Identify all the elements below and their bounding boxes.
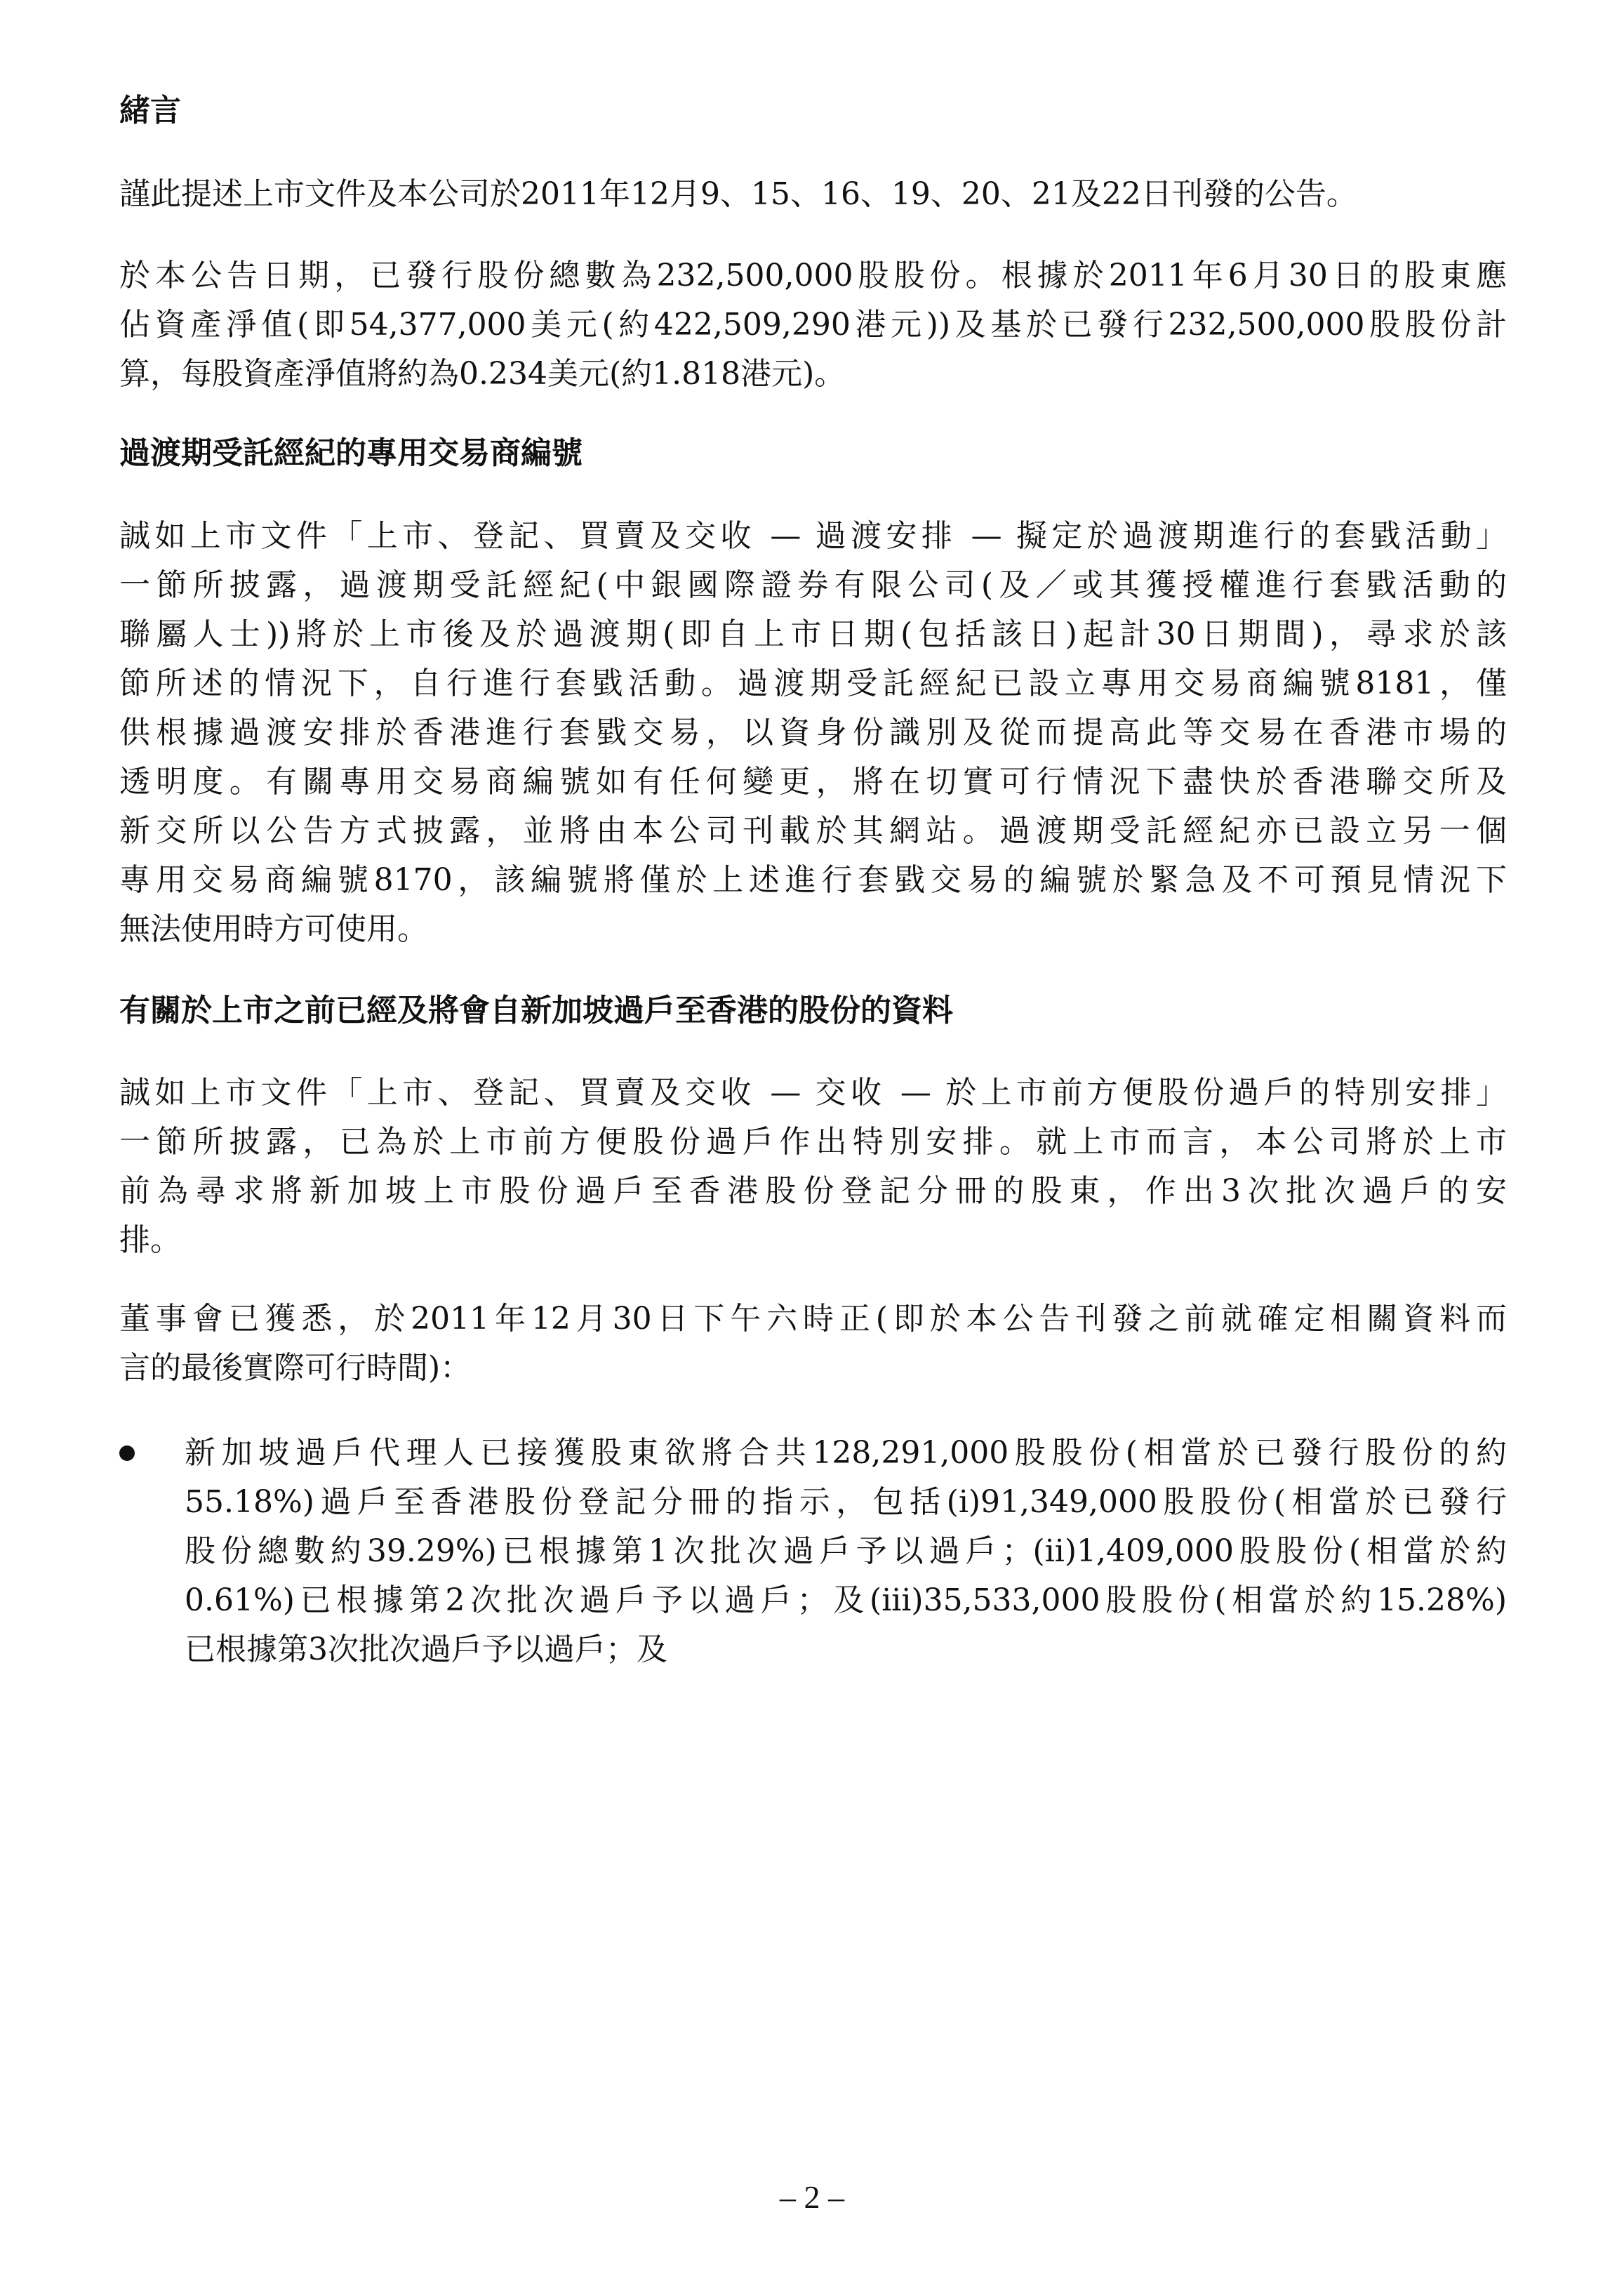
paragraph-line: 佔資產淨值(即54,377,000美元(約422,509,290港元))及基於已… bbox=[119, 300, 1507, 350]
paragraph-line: 專用交易商編號8170，該編號將僅於上述進行套戥交易的編號於緊急及不可預見情況下 bbox=[119, 856, 1507, 905]
paragraph-line: 節所述的情況下，自行進行套戥活動。過渡期受託經紀已設立專用交易商編號8181，僅 bbox=[119, 659, 1507, 708]
section-heading-share-transfer: 有關於上市之前已經及將會自新加坡過戶至香港的股份的資料 bbox=[119, 986, 1507, 1035]
list-line: 新加坡過戶代理人已接獲股東欲將合共128,291,000股股份(相當於已發行股份… bbox=[185, 1429, 1507, 1478]
paragraph-line: 一節所披露，過渡期受託經紀(中銀國際證券有限公司(及／或其獲授權進行套戥活動的 bbox=[119, 561, 1507, 610]
paragraph-net-asset-value: 於本公告日期，已發行股份總數為232,500,000股股份。根據於2011年6月… bbox=[119, 251, 1507, 399]
paragraph-intro-reference: 謹此提述上市文件及本公司於2011年12月9、15、16、19、20、21及22… bbox=[119, 170, 1507, 219]
paragraph-line: 透明度。有關專用交易商編號如有任何變更，將在切實可行情況下盡快於香港聯交所及 bbox=[119, 757, 1507, 807]
list-line: 已根據第3次批次過戶予以過戶；及 bbox=[185, 1625, 1507, 1674]
heading-text: 有關於上市之前已經及將會自新加坡過戶至香港的股份的資料 bbox=[119, 986, 1507, 1035]
paragraph-line: 於本公告日期，已發行股份總數為232,500,000股股份。根據於2011年6月… bbox=[119, 251, 1507, 300]
paragraph-line: 排。 bbox=[119, 1216, 1507, 1265]
paragraph-line: 董事會已獲悉，於2011年12月30日下午六時正(即於本公告刊發之前就確定相關資… bbox=[119, 1295, 1507, 1344]
paragraph-line: 聯屬人士))將於上市後及於過渡期(即自上市日期(包括該日)起計30日期間)，尋求… bbox=[119, 610, 1507, 659]
paragraph-line: 供根據過渡安排於香港進行套戥交易，以資身份識別及從而提高此等交易在香港市場的 bbox=[119, 708, 1507, 757]
paragraph-line: 謹此提述上市文件及本公司於2011年12月9、15、16、19、20、21及22… bbox=[119, 170, 1507, 219]
list-line: 0.61%)已根據第2次批次過戶予以過戶；及(iii)35,533,000股股份… bbox=[185, 1576, 1507, 1625]
list-line: 股份總數約39.29%)已根據第1次批次過戶予以過戶；(ii)1,409,000… bbox=[185, 1527, 1507, 1576]
section-heading-dealer-id: 過渡期受託經紀的專用交易商編號 bbox=[119, 429, 1507, 478]
list-line: 55.18%)過戶至香港股份登記分冊的指示，包括(i)91,349,000股股份… bbox=[185, 1478, 1507, 1527]
paragraph-arbitrage-activities: 誠如上市文件「上市、登記、買賣及交收 — 過渡安排 — 擬定於過渡期進行的套戥活… bbox=[119, 512, 1507, 954]
paragraph-special-arrangements: 誠如上市文件「上市、登記、買賣及交收 — 交收 — 於上市前方便股份過戶的特別安… bbox=[119, 1068, 1507, 1265]
paragraph-line: 算，每股資產淨值將約為0.234美元(約1.818港元)。 bbox=[119, 350, 1507, 399]
paragraph-line: 新交所以公告方式披露，並將由本公司刊載於其網站。過渡期受託經紀亦已設立另一個 bbox=[119, 807, 1507, 856]
page-number: – 2 – bbox=[0, 2173, 1624, 2222]
paragraph-line: 一節所披露，已為於上市前方便股份過戶作出特別安排。就上市而言，本公司將於上市 bbox=[119, 1118, 1507, 1167]
paragraph-line: 言的最後實際可行時間)： bbox=[119, 1344, 1507, 1393]
heading-text: 緒言 bbox=[119, 86, 1507, 135]
paragraph-line: 誠如上市文件「上市、登記、買賣及交收 — 交收 — 於上市前方便股份過戶的特別安… bbox=[119, 1068, 1507, 1118]
bullet-icon bbox=[119, 1445, 135, 1461]
section-heading-introduction: 緒言 bbox=[119, 86, 1507, 135]
list-item-text: 新加坡過戶代理人已接獲股東欲將合共128,291,000股股份(相當於已發行股份… bbox=[185, 1429, 1507, 1674]
heading-text: 過渡期受託經紀的專用交易商編號 bbox=[119, 429, 1507, 478]
paragraph-line: 誠如上市文件「上市、登記、買賣及交收 — 過渡安排 — 擬定於過渡期進行的套戥活… bbox=[119, 512, 1507, 561]
paragraph-line: 無法使用時方可使用。 bbox=[119, 905, 1507, 954]
paragraph-board-informed: 董事會已獲悉，於2011年12月30日下午六時正(即於本公告刊發之前就確定相關資… bbox=[119, 1295, 1507, 1393]
paragraph-line: 前為尋求將新加坡上市股份過戶至香港股份登記分冊的股東，作出3次批次過戶的安 bbox=[119, 1167, 1507, 1216]
